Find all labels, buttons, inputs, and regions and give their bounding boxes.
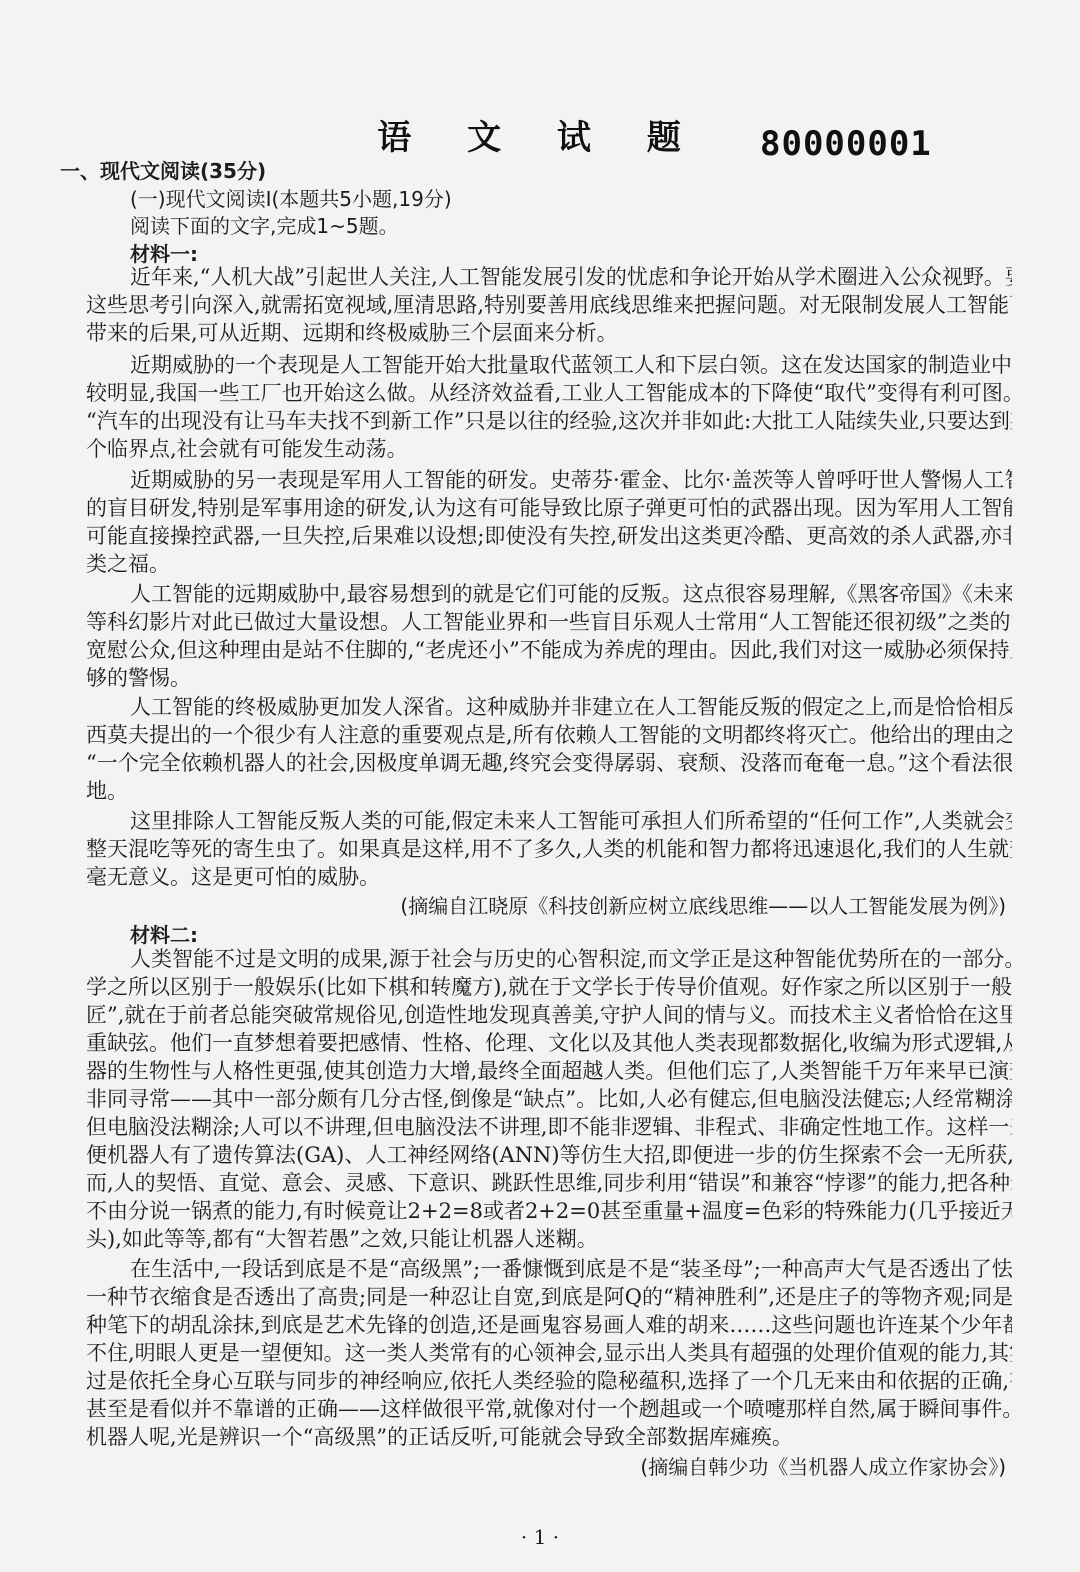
paragraph-line: 器的生物性与人格性更强,使其创造力大增,最终全面超越人类。但他们忘了,人类智能千…: [86, 1057, 1012, 1085]
paragraph-line: 宽慰公众,但这种理由是站不住脚的,“老虎还小”不能成为养虎的理由。因此,我们对这…: [86, 636, 1012, 664]
instruction-text: 阅读下面的文字,完成1~5题。: [130, 210, 399, 239]
paragraph-line: 而,人的契悟、直觉、意会、灵感、下意识、跳跃性思维,同步利用“错误”和兼容“悖谬…: [86, 1169, 1012, 1197]
paragraph-line: 学之所以区别于一般娱乐(比如下棋和转魔方),就在于文学长于传导价值观。好作家之所…: [86, 973, 1012, 1001]
paragraph-line: 地。: [86, 777, 1012, 805]
paragraph-line: 重缺弦。他们一直梦想着要把感情、性格、伦理、文化以及其他人类表现都数据化,收编为…: [86, 1029, 1012, 1057]
paragraph-line: 不由分说一锅煮的能力,有时候竟让2+2=8或者2+2=0甚至重量+温度=色彩的特…: [86, 1197, 1012, 1225]
paragraph-line: 甚至是看似并不靠谱的正确——这样做很平常,就像对付一个趔趄或一个喷嚏那样自然,属…: [86, 1395, 1012, 1423]
paragraph-line: “汽车的出现没有让马车夫找不到新工作”只是以往的经验,这次并非如此:大批工人陆续…: [86, 407, 1012, 435]
subsection-heading: (一)现代文阅读Ⅰ(本题共5小题,19分): [130, 183, 452, 212]
paragraph-line: 西莫夫提出的一个很少有人注意的重要观点是,所有依赖人工智能的文明都终将灭亡。他给…: [86, 721, 1012, 749]
paragraph-line: 便机器人有了遗传算法(GA)、人工神经网络(ANN)等仿生大招,即便进一步的仿生…: [86, 1141, 1012, 1169]
paragraph-line: 不住,明眼人更是一望便知。这一类人类常有的心领神会,显示出人类具有超强的处理价值…: [86, 1339, 1012, 1367]
paragraph-line: 近期威胁的另一表现是军用人工智能的研发。史蒂芬·霍金、比尔·盖茨等人曾呼吁世人警…: [130, 466, 1012, 494]
paragraph-line: 这里排除人工智能反叛人类的可能,假定未来人工智能可承担人们所希望的“任何工作”,…: [130, 807, 1012, 835]
paragraph-line: 但电脑没法糊涂;人可以不讲理,但电脑没法不讲理,即不能非逻辑、非程式、非确定性地…: [86, 1113, 1012, 1141]
section-heading: 一、现代文阅读(35分): [60, 155, 266, 184]
exam-page: 语 文 试 题 80000001 一、现代文阅读(35分) (一)现代文阅读Ⅰ(…: [0, 0, 1080, 1572]
paragraph-line: 类之福。: [86, 550, 1012, 578]
paragraph-line: 非同寻常——其中一部分颇有几分古怪,倒像是“缺点”。比如,人必有健忘,但电脑没法…: [86, 1085, 1012, 1113]
material-two-label: 材料二:: [130, 919, 198, 948]
paragraph-line: 一种节衣缩食是否透出了高贵;同是一种忍让自宽,到底是阿Q的“精神胜利”,还是庄子…: [86, 1283, 1012, 1311]
paragraph-line: 这些思考引向深入,就需拓宽视域,厘清思路,特别要善用底线思维来把握问题。对无限制…: [86, 291, 1012, 319]
paragraph-line: 毫无意义。这是更可怕的威胁。: [86, 863, 1012, 891]
paragraph-line: 够的警惕。: [86, 664, 1012, 692]
paragraph-line: 个临界点,社会就有可能发生动荡。: [86, 435, 1012, 463]
paragraph-line: 头),如此等等,都有“大智若愚”之效,只能让机器人迷糊。: [86, 1225, 1012, 1253]
paragraph-line: 的盲目研发,特别是军事用途的研发,认为这有可能导致比原子弹更可怕的武器出现。因为…: [86, 494, 1012, 522]
paragraph-line: 近年来,“人机大战”引起世人关注,人工智能发展引发的忧虑和争论开始从学术圈进入公…: [130, 263, 1012, 291]
paragraph-line: 等科幻影片对此已做过大量设想。人工智能业界和一些盲目乐观人士常用“人工智能还很初…: [86, 608, 1012, 636]
paragraph-line: 人工智能的终极威胁更加发人深省。这种威胁并非建立在人工智能反叛的假定之上,而是恰…: [130, 693, 1012, 721]
exam-code: 80000001: [760, 124, 932, 164]
page-number: · 1 ·: [0, 1525, 1080, 1549]
paragraph-line: “一个完全依赖机器人的社会,因极度单调无趣,终究会变得孱弱、衰颓、没落而奄奄一息…: [86, 749, 1012, 777]
paragraph-line: 过是依托全身心互联与同步的神经响应,依托人类经验的隐秘蕴积,选择了一个几无来由和…: [86, 1367, 1012, 1395]
paragraph-line: 人工智能的远期威胁中,最容易想到的就是它们可能的反叛。这点很容易理解,《黑客帝国…: [130, 580, 1012, 608]
paragraph-line: 机器人呢,光是辨识一个“高级黑”的正话反听,可能就会导致全部数据库瘫痪。: [86, 1423, 1012, 1451]
paragraph-line: 匠”,就在于前者总能突破常规俗见,创造性地发现真善美,守护人间的情与义。而技术主…: [86, 1001, 1012, 1029]
paragraph-line: 种笔下的胡乱涂抹,到底是艺术先锋的创造,还是画鬼容易画人难的胡来……这些问题也许…: [86, 1311, 1012, 1339]
material-one-source: (摘编自江晓原《科技创新应树立底线思维——以人工智能发展为例》): [400, 890, 1006, 919]
paragraph-line: 在生活中,一段话到底是不是“高级黑”;一番慷慨到底是不是“装圣母”;一种高声大气…: [130, 1255, 1012, 1283]
paragraph-line: 带来的后果,可从近期、远期和终极威胁三个层面来分析。: [86, 319, 1012, 347]
paragraph-line: 整天混吃等死的寄生虫了。如果真是这样,用不了多久,人类的机能和智力都将迅速退化,…: [86, 835, 1012, 863]
paragraph-line: 可能直接操控武器,一旦失控,后果难以设想;即使没有失控,研发出这类更冷酷、更高效…: [86, 522, 1012, 550]
paragraph-line: 人类智能不过是文明的成果,源于社会与历史的心智积淀,而文学正是这种智能优势所在的…: [130, 945, 1012, 973]
paragraph-line: 较明显,我国一些工厂也开始这么做。从经济效益看,工业人工智能成本的下降使“取代”…: [86, 379, 1012, 407]
material-two-source: (摘编自韩少功《当机器人成立作家协会》): [640, 1451, 1006, 1480]
paragraph-line: 近期威胁的一个表现是人工智能开始大批量取代蓝领工人和下层白领。这在发达国家的制造…: [130, 351, 1012, 379]
